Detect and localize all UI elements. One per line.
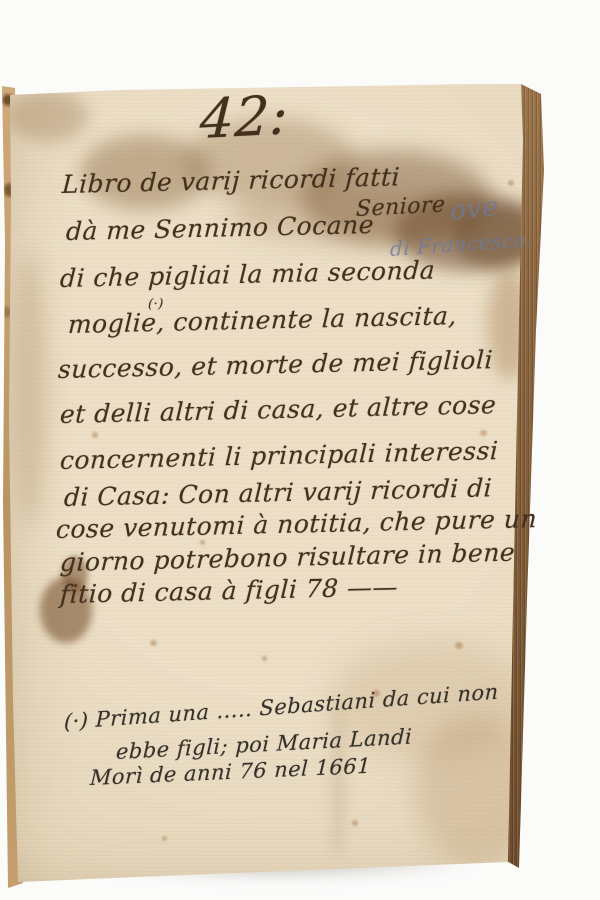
manuscript-photo: 42: Libro de varij ricordi fatti Seniore… (0, 0, 600, 900)
manuscript-line: Libro de varij ricordi fatti (61, 162, 400, 199)
manuscript-line: fitio di casa à figli 78 —— (59, 572, 398, 609)
manuscript-line: dà me Sennimo Cocane (65, 210, 374, 246)
manuscript-line: di che pigliai la mia seconda (59, 255, 435, 293)
manuscript-line: giorno potrebono risultare in bene (59, 538, 516, 577)
manuscript-line: moglie, continente la nascita, (67, 301, 457, 339)
blue-pencil-annotation: ove (450, 191, 499, 227)
handwriting-layer: 42: Libro de varij ricordi fatti Seniore… (0, 0, 600, 900)
page-number-inscription: 42: (198, 83, 290, 151)
manuscript-line: et delli altri di casa, et altre cose (59, 390, 497, 429)
manuscript-line: successo, et morte de mei figlioli (57, 345, 493, 384)
footnote-line: (·) Prima una ..... Sebastiani da cui no… (64, 680, 499, 734)
manuscript-line: concernenti li principali interessi (59, 436, 499, 475)
